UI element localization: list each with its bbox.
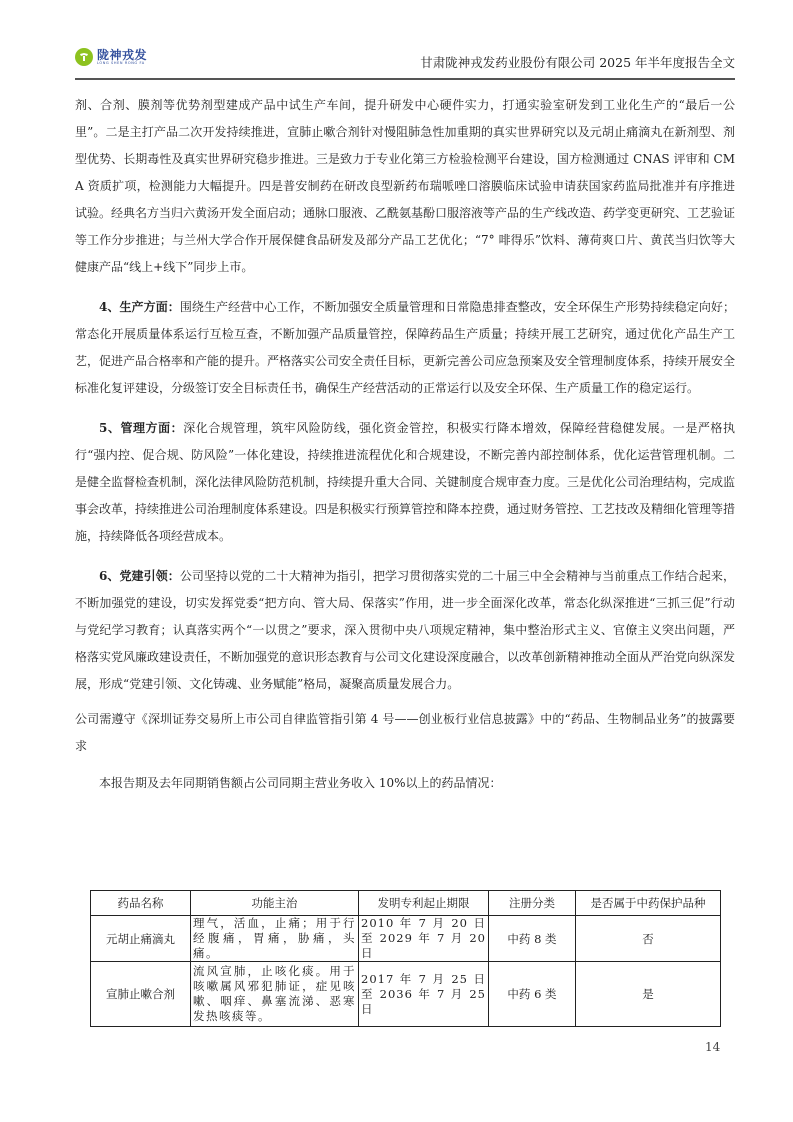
- header-drug-name: 药品名称: [91, 891, 191, 916]
- rnd-continuation-paragraph: 剂、合剂、膜剂等优势剂型建成产品中试生产车间，提升研发中心硬件实力，打通实验室研…: [75, 92, 735, 281]
- production-heading: 4、生产方面：: [99, 300, 180, 314]
- management-heading: 5、管理方面：: [99, 421, 183, 435]
- company-logo: 陇神戎发 LONG SHEN RONG FA: [75, 48, 147, 66]
- logo-chinese-name: 陇神戎发: [97, 49, 147, 61]
- patent-term: 2017 年 7 月 25 日至 2036 年 7 月 25 日: [359, 962, 489, 1027]
- registration-class: 中药 6 类: [489, 962, 576, 1027]
- table-caption: 本报告期及去年同期销售额占公司同期主营业务收入 10%以上的药品情况：: [75, 774, 735, 792]
- header-registration: 注册分类: [489, 891, 576, 916]
- page-header: 陇神戎发 LONG SHEN RONG FA 甘肃陇神戎发药业股份有限公司 20…: [75, 46, 735, 82]
- protected-status: 否: [576, 916, 721, 962]
- management-body: 深化合规管理，筑牢风险防线，强化资金管控，积极实行降本增效，保障经营稳健发展。一…: [75, 421, 735, 543]
- production-paragraph: 4、生产方面：围绕生产经营中心工作，不断加强安全质量管理和日常隐患排查整改，安全…: [75, 294, 735, 402]
- drug-sales-table: 药品名称 功能主治 发明专利起止期限 注册分类 是否属于中药保护品种 元胡止痛滴…: [90, 890, 721, 1027]
- production-body: 围绕生产经营中心工作，不断加强安全质量管理和日常隐患排查整改，安全环保生产形势持…: [75, 300, 735, 395]
- logo-english-name: LONG SHEN RONG FA: [97, 62, 147, 66]
- header-protected-variety: 是否属于中药保护品种: [576, 891, 721, 916]
- header-divider: [75, 78, 735, 80]
- table-header-row: 药品名称 功能主治 发明专利起止期限 注册分类 是否属于中药保护品种: [91, 891, 721, 916]
- registration-class: 中药 8 类: [489, 916, 576, 962]
- patent-term: 2010 年 7 月 20 日至 2029 年 7 月 20 日: [359, 916, 489, 962]
- table-row: 宣肺止嗽合剂 流风宣肺，止咳化痰。用于咳嗽属风邪犯肺证，症见咳嗽、咽痒、鼻塞流涕…: [91, 962, 721, 1027]
- party-building-paragraph: 6、党建引领：公司坚持以党的二十大精神为指引，把学习贯彻落实党的二十届三中全会精…: [75, 563, 735, 698]
- management-paragraph: 5、管理方面：深化合规管理，筑牢风险防线，强化资金管控，积极实行降本增效，保障经…: [75, 415, 735, 550]
- report-title: 甘肃陇神戎发药业股份有限公司 2025 年半年度报告全文: [420, 53, 735, 71]
- protected-status: 是: [576, 962, 721, 1027]
- table-row: 元胡止痛滴丸 理气，活血，止痛；用于行经腹痛，胃痛，胁痛，头痛。 2010 年 …: [91, 916, 721, 962]
- party-building-heading: 6、党建引领：: [99, 569, 180, 583]
- drug-function: 流风宣肺，止咳化痰。用于咳嗽属风邪犯肺证，症见咳嗽、咽痒、鼻塞流涕、恶寒发热咳痰…: [191, 962, 359, 1027]
- party-building-body: 公司坚持以党的二十大精神为指引，把学习贯彻落实党的二十届三中全会精神与当前重点工…: [75, 569, 735, 691]
- drug-name: 宣肺止嗽合剂: [91, 962, 191, 1027]
- drug-name: 元胡止痛滴丸: [91, 916, 191, 962]
- logo-emblem-icon: [75, 48, 93, 66]
- page-number: 14: [705, 1040, 720, 1054]
- header-function: 功能主治: [191, 891, 359, 916]
- disclosure-requirement: 公司需遵守《深圳证券交易所上市公司自律监管指引第 4 号——创业板行业信息披露》…: [75, 706, 735, 760]
- page-body: 剂、合剂、膜剂等优势剂型建成产品中试生产车间，提升研发中心硬件实力，打通实验室研…: [75, 92, 735, 798]
- header-patent-term: 发明专利起止期限: [359, 891, 489, 916]
- drug-function: 理气，活血，止痛；用于行经腹痛，胃痛，胁痛，头痛。: [191, 916, 359, 962]
